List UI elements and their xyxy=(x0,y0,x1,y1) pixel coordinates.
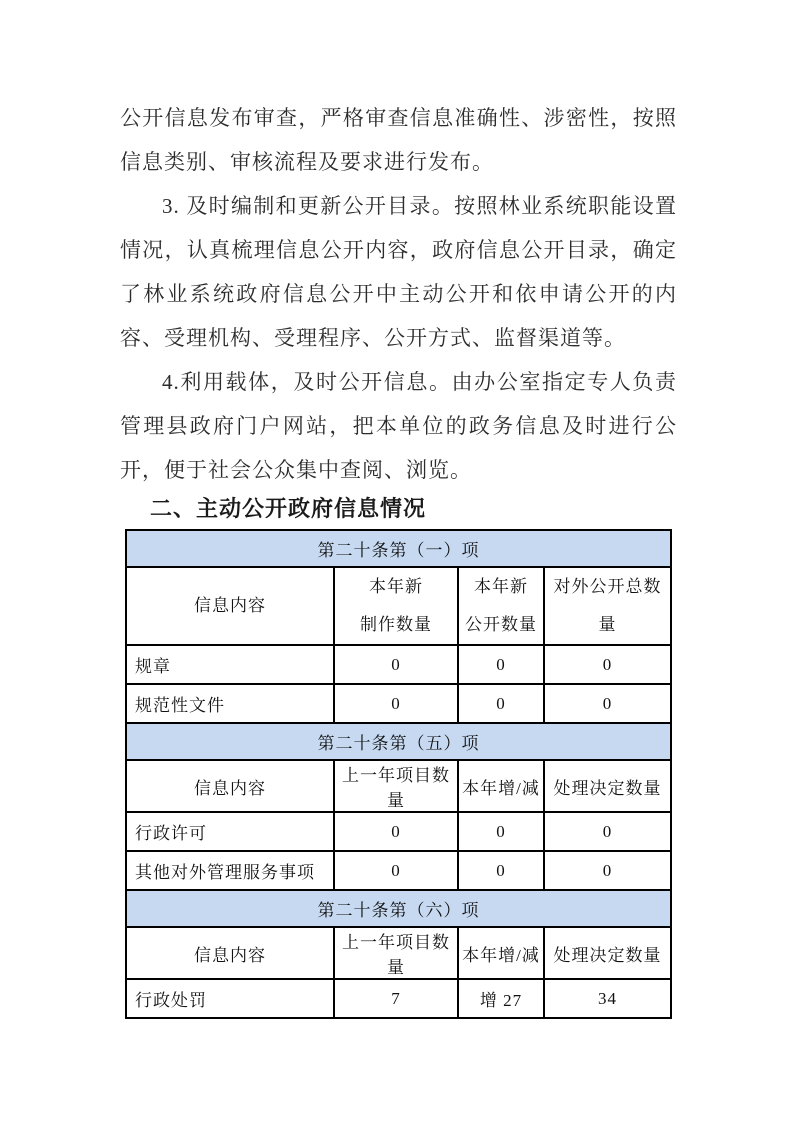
section-heading: 二、主动公开政府信息情况 xyxy=(120,493,677,525)
column-header-cell: 本年增/减 xyxy=(458,927,544,979)
paragraph-continuation: 公开信息发布审查，严格审查信息准确性、涉密性，按照信息类别、审核流程及要求进行发… xyxy=(120,96,677,184)
column-header-cell: 本年新 公开数量 xyxy=(458,567,544,645)
column-header-cell: 对外公开总数量 xyxy=(544,567,671,645)
row-label-cell: 行政许可 xyxy=(126,812,334,851)
row-label-cell: 规章 xyxy=(126,645,334,684)
value-cell: 增 27 xyxy=(458,979,544,1018)
content-area: 公开信息发布审查，严格审查信息准确性、涉密性，按照信息类别、审核流程及要求进行发… xyxy=(120,96,677,1019)
value-cell: 0 xyxy=(458,645,544,684)
column-header-cell: 上一年项目数量 xyxy=(334,760,458,812)
column-header-row: 信息内容 上一年项目数量 本年增/减 处理决定数量 xyxy=(126,760,671,812)
table-section-band: 第二十条第（六）项 xyxy=(126,890,671,927)
row-label-cell: 行政处罚 xyxy=(126,979,334,1018)
column-header-cell: 本年增/减 xyxy=(458,760,544,812)
table-section-band: 第二十条第（五）项 xyxy=(126,723,671,760)
table-row: 规章 0 0 0 xyxy=(126,645,671,684)
value-cell: 7 xyxy=(334,979,458,1018)
section-title-cell: 第二十条第（一）项 xyxy=(126,530,671,567)
value-cell: 0 xyxy=(458,684,544,723)
section-title-cell: 第二十条第（六）项 xyxy=(126,890,671,927)
value-cell: 0 xyxy=(334,851,458,890)
column-header-cell: 信息内容 xyxy=(126,760,334,812)
value-cell: 0 xyxy=(458,851,544,890)
table-section-band: 第二十条第（一）项 xyxy=(126,530,671,567)
value-cell: 0 xyxy=(334,812,458,851)
value-cell: 0 xyxy=(458,812,544,851)
table-row: 规范性文件 0 0 0 xyxy=(126,684,671,723)
column-header-cell: 信息内容 xyxy=(126,567,334,645)
value-cell: 0 xyxy=(334,684,458,723)
disclosure-info-table: 第二十条第（一）项 信息内容 本年新 制作数量 本年新 公开数量 对外公开总数量… xyxy=(125,529,672,1019)
table-row: 其他对外管理服务事项 0 0 0 xyxy=(126,851,671,890)
column-header-cell: 处理决定数量 xyxy=(544,927,671,979)
row-label-cell: 规范性文件 xyxy=(126,684,334,723)
column-header-row: 信息内容 本年新 制作数量 本年新 公开数量 对外公开总数量 xyxy=(126,567,671,645)
table-row: 行政处罚 7 增 27 34 xyxy=(126,979,671,1018)
value-cell: 0 xyxy=(544,851,671,890)
document-page: 公开信息发布审查，严格审查信息准确性、涉密性，按照信息类别、审核流程及要求进行发… xyxy=(0,0,793,1122)
column-header-cell: 处理决定数量 xyxy=(544,760,671,812)
column-header-cell: 上一年项目数量 xyxy=(334,927,458,979)
row-label-cell: 其他对外管理服务事项 xyxy=(126,851,334,890)
paragraph-item-4: 4.利用载体，及时公开信息。由办公室指定专人负责管理县政府门户网站，把本单位的政… xyxy=(120,360,677,492)
value-cell: 0 xyxy=(334,645,458,684)
value-cell: 0 xyxy=(544,812,671,851)
paragraph-item-3: 3. 及时编制和更新公开目录。按照林业系统职能设置情况，认真梳理信息公开内容，政… xyxy=(120,184,677,360)
section-title-cell: 第二十条第（五）项 xyxy=(126,723,671,760)
column-header-cell: 本年新 制作数量 xyxy=(334,567,458,645)
column-header-cell: 信息内容 xyxy=(126,927,334,979)
value-cell: 0 xyxy=(544,684,671,723)
column-header-row: 信息内容 上一年项目数量 本年增/减 处理决定数量 xyxy=(126,927,671,979)
value-cell: 0 xyxy=(544,645,671,684)
table-row: 行政许可 0 0 0 xyxy=(126,812,671,851)
value-cell: 34 xyxy=(544,979,671,1018)
